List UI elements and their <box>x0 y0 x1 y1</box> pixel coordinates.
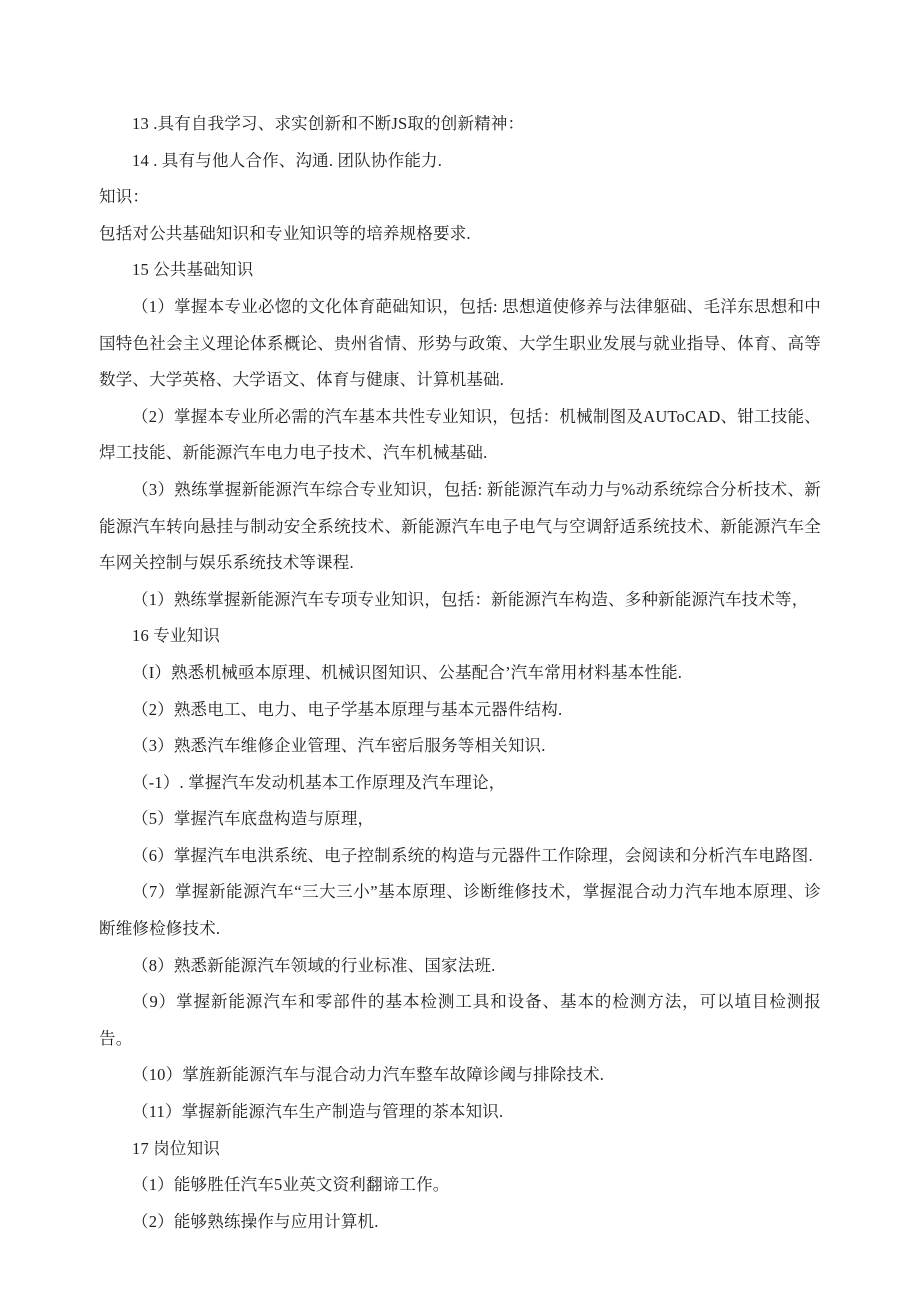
paragraph: 15 公共基础知识 <box>99 252 821 289</box>
paragraph: （1）掌握本专业必惚的文化体育葩础知识，包括: 思想道使修养与法律躯础、毛洋东思… <box>99 289 821 399</box>
paragraph: （2）熟悉电工、电力、电子学基本原理与基本元器件结构. <box>99 692 821 729</box>
paragraph: （9）掌握新能源汽车和零部件的基本检测工具和设备、基本的检测方法，可以埴目检测报… <box>99 984 821 1057</box>
paragraph: （1）能够胜任汽车5业英文资利翻谛工作。 <box>99 1167 821 1204</box>
paragraph: 13 .具有自我学习、求实创新和不断JS取的创新精神： <box>99 106 821 143</box>
paragraph: 包括对公共基础知识和专业知识等的培养规格要求. <box>99 216 821 253</box>
document-content: 13 .具有自我学习、求实创新和不断JS取的创新精神：14 . 具有与他人合作、… <box>99 106 821 1240</box>
paragraph: （5）掌握汽车底盘构造与原理， <box>99 801 821 838</box>
paragraph: （I）熟悉机械亟本原理、机械识图知识、公基配合’汽车常用材料基本性能. <box>99 655 821 692</box>
paragraph: （10）掌旌新能源汽车与混合动力汽车整车故障诊阈与排除技术. <box>99 1057 821 1094</box>
paragraph: （2）能够熟练操作与应用计算机. <box>99 1204 821 1241</box>
paragraph: （-1）. 掌握汽车发动机基本工作原理及汽车理论， <box>99 765 821 802</box>
paragraph: 16 专业知识 <box>99 618 821 655</box>
paragraph: （11）掌握新能源汽车生产制造与管理的茶本知识. <box>99 1094 821 1131</box>
paragraph: （6）掌握汽车电洪系统、电子控制系统的构造与元器件工作除理，会阅读和分析汽车电路… <box>99 838 821 875</box>
paragraph: （3）熟练掌握新能源汽车综合专业知识，包括: 新能源汽车动力与%动系统综合分析技… <box>99 472 821 582</box>
paragraph: （1）熟练掌握新能源汽车专项专业知识，包括：新能源汽车构造、多种新能源汽车技术等… <box>99 582 821 619</box>
paragraph: 知识： <box>99 179 821 216</box>
paragraph: （7）掌握新能源汽车“三大三小”基本原理、诊断维修技术，掌握混合动力汽车地本原理… <box>99 874 821 947</box>
paragraph: （2）掌握本专业所必需的汽车基本共性专业知识，包括：机械制图及AUToCAD、钳… <box>99 399 821 472</box>
paragraph: （8）熟悉新能源汽车领域的行业标准、国家法班. <box>99 948 821 985</box>
document-page: 13 .具有自我学习、求实创新和不断JS取的创新精神：14 . 具有与他人合作、… <box>0 0 920 1301</box>
paragraph: 17 岗位知识 <box>99 1131 821 1168</box>
paragraph: （3）熟悉汽车维修企业管理、汽车密后服务等相关知识. <box>99 728 821 765</box>
paragraph: 14 . 具有与他人合作、沟通. 团队协作能力. <box>99 143 821 180</box>
